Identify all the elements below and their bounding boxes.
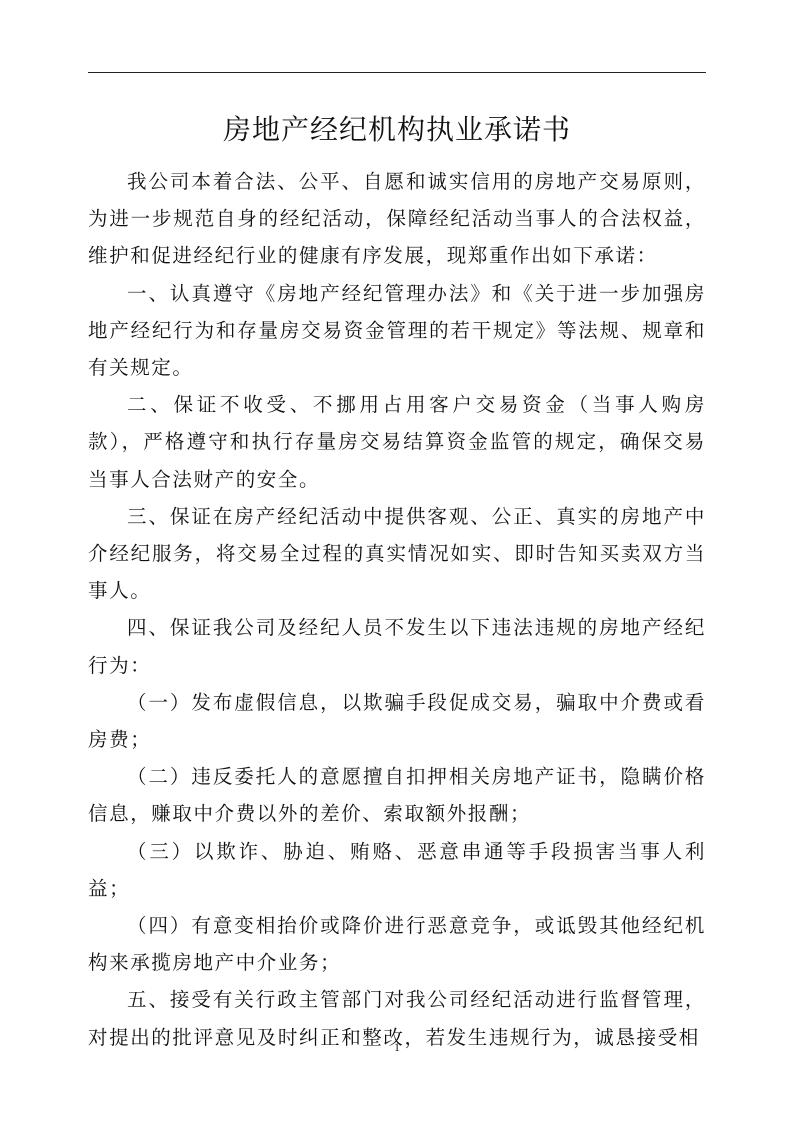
document-title: 房地产经纪机构执业承诺书: [0, 108, 794, 148]
paragraph-item-4: 四、保证我公司及经纪人员不发生以下违法违规的房地产经纪行为：: [88, 609, 706, 683]
header-rule: [88, 72, 706, 73]
paragraph-item-4-sub-4: （四）有意变相抬价或降价进行恶意竞争，或诋毁其他经纪机构来承揽房地产中介业务；: [88, 907, 706, 981]
paragraph-item-4-sub-1: （一）发布虚假信息，以欺骗手段促成交易，骗取中介费或看房费；: [88, 684, 706, 758]
paragraph-item-3: 三、保证在房产经纪活动中提供客观、公正、真实的房地产中介经纪服务，将交易全过程的…: [88, 498, 706, 610]
page-number: 1: [0, 1040, 794, 1055]
document-body: 我公司本着合法、公平、自愿和诚实信用的房地产交易原则，为进一步规范自身的经纪活动…: [88, 163, 706, 1056]
paragraph-item-2: 二、保证不收受、不挪用占用客户交易资金（当事人购房款），严格遵守和执行存量房交易…: [88, 386, 706, 498]
paragraph-item-1: 一、认真遵守《房地产经纪管理办法》和《关于进一步加强房地产经纪行为和存量房交易资…: [88, 275, 706, 387]
paragraph-item-4-sub-2: （二）违反委托人的意愿擅自扣押相关房地产证书，隐瞒价格信息，赚取中介费以外的差价…: [88, 758, 706, 832]
paragraph-intro: 我公司本着合法、公平、自愿和诚实信用的房地产交易原则，为进一步规范自身的经纪活动…: [88, 163, 706, 275]
paragraph-item-4-sub-3: （三）以欺诈、胁迫、贿赂、恶意串通等手段损害当事人利益；: [88, 833, 706, 907]
